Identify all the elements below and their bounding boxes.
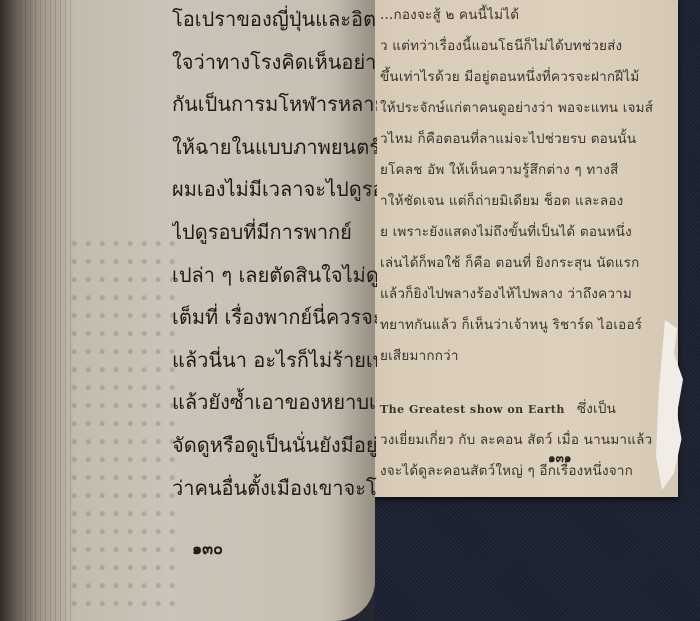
text-line: แล้วก็ยิงไปพลางร้องไห้ไปพลาง ว่าถึงความ bbox=[380, 279, 680, 310]
english-title: The Greatest show on Earth bbox=[380, 403, 565, 416]
page-number-right: ๑๓๑ bbox=[548, 449, 571, 468]
right-page-text: ...กองจะสู้ ๒ คนนี้ไม่ได้ ว แต่ทว่าเรื่อ… bbox=[380, 0, 680, 487]
text-fragment: ซึ่งเป็น bbox=[577, 401, 616, 417]
text-line: วไหม ก็คือตอนที่ลาแม่จะไปช่วยรบ ตอนนั้น bbox=[380, 124, 680, 155]
insect-damage bbox=[70, 240, 180, 610]
text-line: กันเป็นการมโหฬารหลายรอบ bbox=[172, 83, 377, 126]
text-line: เปล่า ๆ เลยตัดสินใจไม่ดู bbox=[172, 254, 377, 297]
text-line: ยเสียมากกว่า bbox=[380, 341, 680, 372]
text-line: ย เพราะยังแสดงไม่ถึงขั้นที่เป็นได้ ตอนหน… bbox=[380, 217, 680, 248]
text-line: ยโคลช อัพ ให้เห็นความรู้สึกต่าง ๆ ทางสี bbox=[380, 155, 680, 186]
right-page: ...กองจะสู้ ๒ คนนี้ไม่ได้ ว แต่ทว่าเรื่อ… bbox=[330, 0, 678, 497]
text-line: แล้วยังซ้ำเอาของหยาบเข้าไป bbox=[172, 381, 377, 424]
text-line: เต็มที่ เรื่องพากย์นี่ควรจะ bbox=[172, 296, 377, 339]
text-line: ทยาทกันแล้ว ก็เห็นว่าเจ้าหนู ริชาร์ด ไอเ… bbox=[380, 310, 680, 341]
left-page-text: โอเปราของญี่ปุ่นและอิตาเลี่ยน ใจว่าทางโร… bbox=[172, 0, 377, 509]
text-line: ขึ้นเท่าไรด้วย มีอยู่ตอนหนึ่งที่ควรจะฝาก… bbox=[380, 62, 680, 93]
text-line: เล่นได้ก็พอใช้ ก็คือ ตอนที่ ยิงกระสุน นั… bbox=[380, 248, 680, 279]
text-line: ให้ประจักษ์แก่ตาคนดูอย่างว่า พอจะแทน เจม… bbox=[380, 93, 680, 124]
text-line: งจะได้ดูละคอนสัตว์ใหญ่ ๆ อีกเรื่องหนึ่งจ… bbox=[380, 456, 680, 487]
text-line: จัดดูหรือดูเป็นนั่นยังมีอยู่มาก bbox=[172, 424, 377, 467]
text-line: ...กองจะสู้ ๒ คนนี้ไม่ได้ bbox=[380, 0, 680, 31]
text-line: ให้ฉายในแบบภาพยนตร์เสียง bbox=[172, 126, 377, 169]
text-line: ไปดูรอบที่มีการพากย์ bbox=[172, 211, 377, 254]
english-title-line: The Greatest show on Earthซึ่งเป็น bbox=[380, 394, 680, 425]
text-line: ว่าคนอื่นตั้งเมืองเขาจะโง่เหมือน bbox=[172, 467, 377, 510]
text-line: าให้ชัดเจน แต่ก็ถ่ายมิเดียม ช็อต และลอง bbox=[380, 186, 680, 217]
left-page: โอเปราของญี่ปุ่นและอิตาเลี่ยน ใจว่าทางโร… bbox=[0, 0, 375, 621]
text-line: ใจว่าทางโรงคิดเห็นอย่างไร bbox=[172, 41, 377, 84]
page-number-left: ๑๓๐ bbox=[192, 537, 223, 562]
text-line: ผมเองไม่มีเวลาจะไปดูรอบที่ bbox=[172, 168, 377, 211]
text-line: แล้วนี่นา อะไรก็ไม่ร้ายเท่ากับ bbox=[172, 339, 377, 382]
text-line: ว แต่ทว่าเรื่องนี้แอนโธนีก็ไม่ได้บทช่วยส… bbox=[380, 31, 680, 62]
text-line: โอเปราของญี่ปุ่นและอิตาเลี่ยน bbox=[172, 0, 377, 41]
text-line: วงเยี่ยมเกี่ยว กับ ละคอน สัตว์ เมื่อ นาน… bbox=[380, 425, 680, 456]
page-edges bbox=[20, 0, 75, 621]
